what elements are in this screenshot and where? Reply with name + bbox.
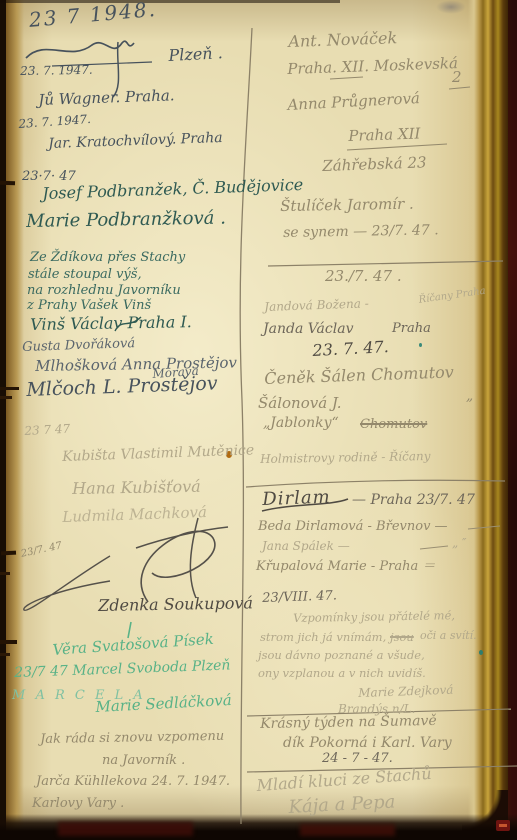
poem-signature: Marie Zdejková — [358, 683, 454, 700]
verse-line: na rozhlednu Javorníku — [27, 283, 181, 298]
verse-line: stále stoupal výš, — [28, 267, 142, 282]
poem-line: ony vzplanou a v nich uvidíš. — [258, 666, 426, 680]
entry-signature: Jana Spálek — — [262, 539, 350, 553]
bottom-red-blotch — [300, 824, 395, 836]
entry-place-struck: Chomutov — [360, 417, 427, 432]
entry-date: 23. 7. 1947. — [18, 112, 91, 131]
entry-place: Plzeň . — [168, 43, 223, 65]
entry-signature: Jandová Božena - — [264, 296, 369, 314]
stamp-smudge — [436, 0, 466, 14]
note-line: Krásný týden na Šumavě — [260, 713, 437, 732]
dash-spalek — [420, 546, 448, 549]
stitch-mark — [0, 653, 10, 656]
poem-word-struck: jsou — [390, 630, 414, 644]
ditto-mark: „ ″ — [452, 536, 467, 550]
teal-speck — [419, 343, 422, 347]
stitch-mark — [0, 181, 15, 186]
entry-address: Záhřebská 23 — [322, 153, 427, 175]
note-line: na Javorník . — [102, 753, 185, 768]
verse-line: Ze Ždíkova přes Stachy — [30, 250, 185, 265]
entry-number: 2 — [452, 68, 462, 86]
top-edge-shadow — [0, 0, 340, 3]
signature-flourish-triangle — [24, 556, 110, 610]
entry-signature: Křupalová Marie - Praha ＝ — [256, 555, 435, 574]
entry-signature: Zdenka Soukupová — [98, 593, 253, 615]
entry-signature: Jarča Kühllekova 24. 7. 1947. — [36, 774, 230, 789]
entry-signature: Kubišta Vlastimil Mutěnice — [62, 442, 254, 465]
rule-line — [246, 480, 505, 487]
entry-signature-green: Věra Svatošová Písek — [52, 630, 214, 659]
entry-date: 23/7. 47 — [20, 540, 63, 559]
stitch-mark — [0, 572, 10, 575]
signature-flourish-loop — [141, 531, 215, 602]
entry-signature: Beda Dirlamová - Břevnov — — [258, 519, 448, 534]
entry-address: Praha XII — [348, 124, 421, 145]
entry-signature: Josef Podbranžek, Č. Budějovice — [42, 175, 304, 203]
entry-signature: Holmistrovy rodině - Říčany — [260, 449, 431, 466]
column-divider-line — [240, 28, 252, 824]
entry-address: Praha. XII. Moskevská — [287, 54, 458, 78]
signature-flourish-stem — [190, 518, 198, 598]
signature-flourish-top — [26, 41, 134, 58]
entry-signature: Ludmila Machková — [62, 503, 207, 526]
note-line: dík Pokorná i Karl. Vary — [283, 735, 452, 751]
poem-line: jsou dávno poznané a všude, — [258, 648, 425, 662]
cover-red-edge — [508, 0, 517, 840]
note-line: Jak ráda si znovu vzpomenu — [40, 729, 224, 747]
entry-place: Praha — [392, 321, 431, 336]
entry-signature: Jů Wagner. Praha. — [38, 86, 175, 109]
entry-signature: Mladí kluci ze Stachů — [256, 764, 432, 795]
poem-line: Vzpomínky jsou přátelé mé, — [293, 608, 455, 625]
entry-signature: Štulíček Jaromír . — [280, 195, 414, 215]
entry-place: „Jablonky“ — [263, 415, 339, 431]
teal-speck — [479, 650, 483, 655]
entry-signature: Gusta Dvořáková — [22, 336, 135, 355]
entry-signature: Marie Podbranžková . — [26, 208, 226, 232]
entry-date: 24 - 7 - 47. — [322, 751, 393, 766]
entry-signature: Mlčoch L. Prostějov — [26, 372, 218, 401]
bottom-red-blotch — [58, 822, 193, 836]
poem-line: strom jich já vnímám, — [260, 630, 386, 644]
signature-flourish-cross — [136, 527, 228, 548]
ditto-mark: „ — [466, 388, 473, 404]
stitch-mark — [0, 640, 17, 644]
entry-signature: Šálonová J. — [258, 394, 342, 412]
entry-signature: Dirlam — [262, 487, 331, 510]
entry-signature: Ant. Nováček — [288, 28, 397, 51]
stitch-mark — [0, 396, 12, 399]
verse-line: z Prahy Vašek Vinš — [27, 298, 151, 313]
guestbook-page-scan: 23 7 1948. Plzeň . 23. 7. 1947. Jů Wagne… — [0, 0, 517, 840]
entry-date: 23/VIII. 47. — [262, 588, 337, 606]
entry-date: 23./7. 47 . — [325, 267, 402, 285]
stitch-mark — [1, 551, 16, 556]
underline-2 — [449, 87, 470, 89]
entry-signature: Čeněk Šálen Chomutov — [264, 362, 454, 388]
stitch-mark — [0, 387, 19, 390]
red-label-sticker — [496, 820, 510, 831]
entry-signature: Hana Kubišťová — [72, 477, 201, 498]
entry-place-date: — Praha 23/7. 47 — [352, 492, 475, 508]
entry-date-header: 23 7 1948. — [28, 0, 158, 32]
poem-line: oči a svítí. — [420, 629, 477, 642]
entry-signature: Janda Václav — [263, 321, 353, 337]
entry-place: Karlovy Vary . — [32, 796, 124, 811]
entry-note: se synem — 23/7. 47 . — [283, 222, 439, 241]
entry-signature-green: 23/7 47 Marcel Svoboda Plzeň — [14, 657, 231, 681]
underline-xii — [330, 77, 363, 79]
entry-date: 23 7 47 — [24, 422, 70, 438]
entry-signature: Anna Průgnerová — [287, 89, 420, 114]
entry-date: 23·7· 47 — [22, 169, 76, 184]
entry-date: 23. 7. 47. — [312, 337, 389, 360]
red-label-mark — [499, 824, 507, 827]
entry-signature: Jar. Kratochvílový. Praha — [48, 130, 223, 152]
underline-praha-xii — [347, 144, 447, 150]
entry-signature: Vinš Václav Praha I. — [30, 312, 192, 334]
entry-date: 23. 7. 1947. — [20, 63, 93, 78]
